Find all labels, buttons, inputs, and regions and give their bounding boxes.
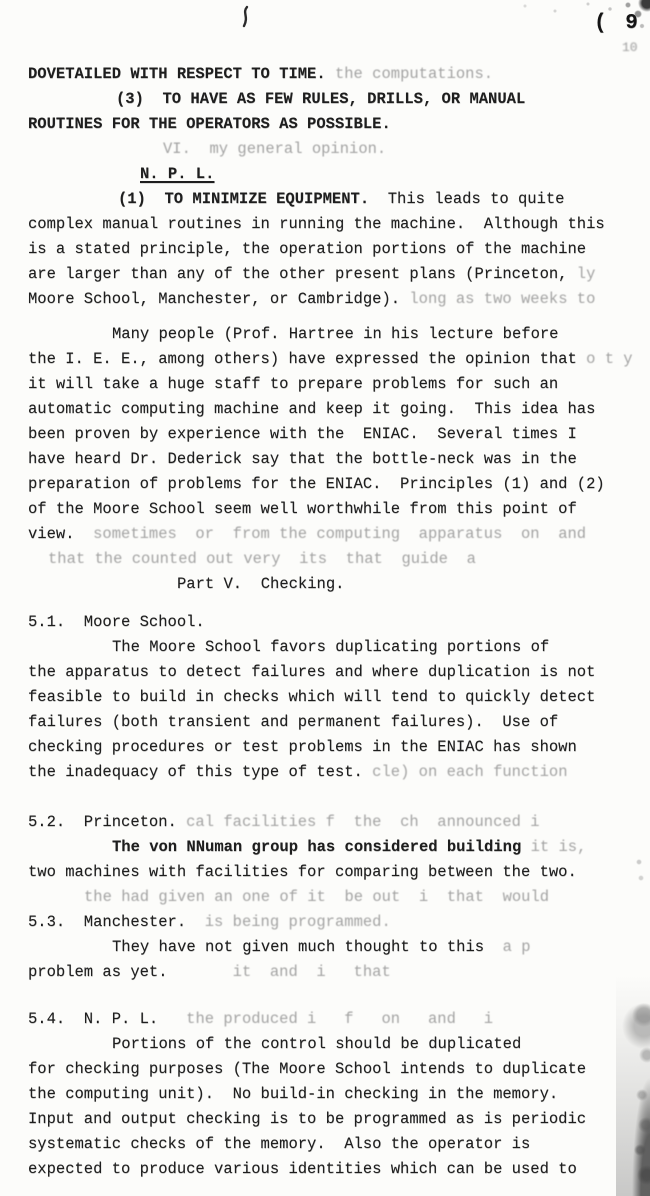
text-line: Many people (Prof. Hartree in his lectur…	[28, 322, 640, 347]
ghost-text: sometimes or from the computing apparatu…	[75, 525, 587, 543]
typed-text: the I. E. E., among others) have express…	[28, 350, 577, 368]
typed-text: 5.3. Manchester.	[28, 913, 186, 931]
text-line: is a stated principle, the operation por…	[28, 237, 640, 262]
ghost-text: long as two weeks to	[400, 290, 595, 308]
text-line: N. P. L.	[28, 162, 640, 187]
text-line: The von NNuman group has considered buil…	[28, 835, 640, 860]
text-line: automatic computing machine and keep it …	[28, 397, 640, 422]
typed-text: DOVETAILED WITH RESPECT TO TIME.	[28, 65, 326, 83]
ghost-text: it is,	[521, 838, 586, 856]
text-line: (3) TO HAVE AS FEW RULES, DRILLS, OR MAN…	[28, 87, 640, 112]
ghost-text: is being programmed.	[186, 913, 391, 931]
typed-text: of the Moore School seem well worthwhile…	[28, 500, 577, 518]
text-line: the had given an one of it be out i that…	[28, 885, 640, 910]
ghost-text: ly	[568, 265, 596, 283]
text-line: problem as yet. it and i that	[28, 960, 640, 985]
text-line: Part V. Checking.	[28, 572, 640, 597]
typed-text: Input and output checking is to be progr…	[28, 1110, 586, 1128]
typed-text: been proven by experience with the ENIAC…	[28, 425, 577, 443]
document-page: ( 9 10 DOVETAILED WITH RESPECT TO TIME. …	[0, 0, 650, 1196]
ghost-text: the computations.	[326, 65, 493, 83]
text-line: ROUTINES FOR THE OPERATORS AS POSSIBLE.	[28, 112, 640, 137]
typed-text: the inadequacy of this type of test.	[28, 763, 363, 781]
text-line: the I. E. E., among others) have express…	[28, 347, 640, 372]
text-line: have heard Dr. Dederick say that the bot…	[28, 447, 640, 472]
ink-smudge-mark	[238, 5, 252, 34]
typed-text: ROUTINES FOR THE OPERATORS AS POSSIBLE.	[28, 115, 391, 133]
typed-text: view.	[28, 525, 75, 543]
text-line: complex manual routines in running the m…	[28, 212, 640, 237]
typed-text: N. P. L.	[140, 165, 214, 183]
typed-text: automatic computing machine and keep it …	[28, 400, 595, 418]
text-line: are larger than any of the other present…	[28, 262, 640, 287]
typed-text: the computing unit). No build-in checkin…	[28, 1085, 558, 1103]
typed-text: 5.1. Moore School.	[28, 613, 205, 631]
text-line: 5.3. Manchester. is being programmed.	[28, 910, 640, 935]
scan-noise-top-right	[500, 0, 650, 46]
typed-text: 5.2. Princeton.	[28, 813, 177, 831]
text-line: two machines with facilities for compari…	[28, 860, 640, 885]
text-line: preparation of problems for the ENIAC. P…	[28, 472, 640, 497]
text-line: 5.1. Moore School.	[28, 610, 640, 635]
typed-text: systematic checks of the memory. Also th…	[28, 1135, 530, 1153]
text-line: it will take a huge staff to prepare pro…	[28, 372, 640, 397]
ghost-text: it and i that	[168, 963, 391, 981]
text-line: VI. my general opinion.	[28, 137, 640, 162]
document-body: DOVETAILED WITH RESPECT TO TIME. the com…	[28, 62, 640, 1182]
ghost-text: a p	[484, 938, 531, 956]
typed-text: it will take a huge staff to prepare pro…	[28, 375, 558, 393]
typed-text: The Moore School favors duplicating port…	[112, 638, 549, 656]
typed-text: failures (both transient and permanent f…	[28, 713, 558, 731]
typed-text: the apparatus to detect failures and whe…	[28, 663, 595, 681]
typed-text: two machines with facilities for compari…	[28, 863, 577, 881]
text-line: failures (both transient and permanent f…	[28, 710, 640, 735]
text-line: the computing unit). No build-in checkin…	[28, 1082, 640, 1107]
ghost-text: the produced i f on and i	[158, 1010, 493, 1028]
ghost-text: cle) on each function	[363, 763, 568, 781]
typed-text: is a stated principle, the operation por…	[28, 240, 586, 258]
ghost-text: VI. my general opinion.	[163, 140, 386, 158]
typed-text: problem as yet.	[28, 963, 168, 981]
text-line: the inadequacy of this type of test. cle…	[28, 760, 640, 785]
typed-text: The von NNuman group has considered buil…	[112, 838, 521, 856]
text-line: checking procedures or test problems in …	[28, 735, 640, 760]
ghost-text: that the counted out very its that guide…	[48, 550, 476, 568]
text-line: Moore School, Manchester, or Cambridge).…	[28, 287, 640, 312]
text-line: Input and output checking is to be progr…	[28, 1107, 640, 1132]
typed-text: preparation of problems for the ENIAC. P…	[28, 475, 605, 493]
typed-text: (3) TO HAVE AS FEW RULES, DRILLS, OR MAN…	[116, 90, 525, 108]
ghost-text: cal facilities f the ch announced i	[177, 813, 540, 831]
typed-text: for checking purposes (The Moore School …	[28, 1060, 586, 1078]
text-line: for checking purposes (The Moore School …	[28, 1057, 640, 1082]
typed-text: Portions of the control should be duplic…	[112, 1035, 521, 1053]
typed-text: 5.4. N. P. L.	[28, 1010, 158, 1028]
text-line: of the Moore School seem well worthwhile…	[28, 497, 640, 522]
ghost-text: the had given an one of it be out i that…	[84, 888, 549, 906]
text-line: expected to produce various identities w…	[28, 1157, 640, 1182]
text-line: (1) TO MINIMIZE EQUIPMENT. This leads to…	[28, 187, 640, 212]
typed-text: They have not given much thought to this	[112, 938, 484, 956]
typed-text: Part V. Checking.	[177, 575, 344, 593]
typed-text: have heard Dr. Dederick say that the bot…	[28, 450, 577, 468]
typed-text: Many people (Prof. Hartree in his lectur…	[112, 325, 558, 343]
text-line: 5.2. Princeton. cal facilities f the ch …	[28, 810, 640, 835]
text-line: the apparatus to detect failures and whe…	[28, 660, 640, 685]
text-line: Portions of the control should be duplic…	[28, 1032, 640, 1057]
typed-text: are larger than any of the other present…	[28, 265, 568, 283]
text-line: feasible to build in checks which will t…	[28, 685, 640, 710]
text-line: The Moore School favors duplicating port…	[28, 635, 640, 660]
typed-text: feasible to build in checks which will t…	[28, 688, 595, 706]
text-line: 5.4. N. P. L. the produced i f on and i	[28, 1007, 640, 1032]
text-line: DOVETAILED WITH RESPECT TO TIME. the com…	[28, 62, 640, 87]
typed-text: This leads to quite	[369, 190, 564, 208]
text-line: view. sometimes or from the computing ap…	[28, 522, 640, 547]
text-line: They have not given much thought to this…	[28, 935, 640, 960]
typed-text: Moore School, Manchester, or Cambridge).	[28, 290, 400, 308]
typed-text: expected to produce various identities w…	[28, 1160, 577, 1178]
typed-text: checking procedures or test problems in …	[28, 738, 577, 756]
typed-text: complex manual routines in running the m…	[28, 215, 605, 233]
text-line: that the counted out very its that guide…	[28, 547, 640, 572]
typed-text: (1) TO MINIMIZE EQUIPMENT.	[118, 190, 369, 208]
text-line: been proven by experience with the ENIAC…	[28, 422, 640, 447]
ghost-text: o t y	[577, 350, 633, 368]
text-line: systematic checks of the memory. Also th…	[28, 1132, 640, 1157]
